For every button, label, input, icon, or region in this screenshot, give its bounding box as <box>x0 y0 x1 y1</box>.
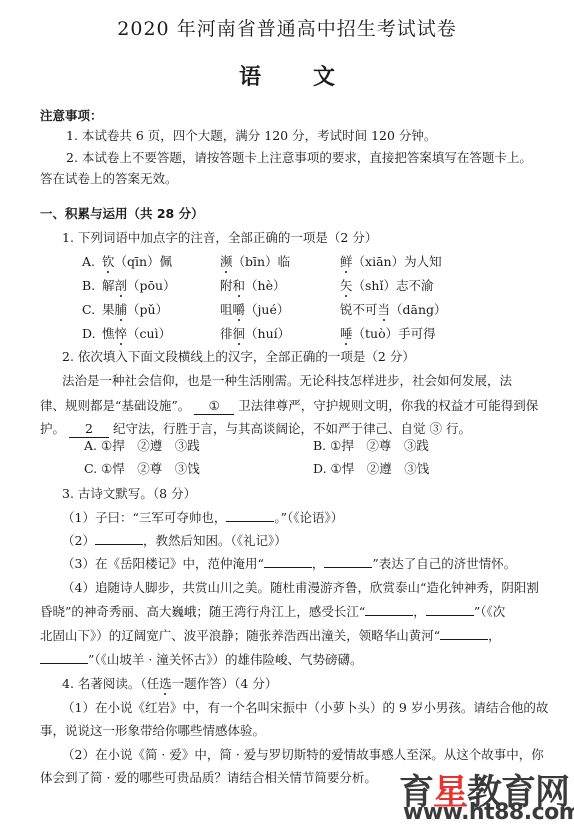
blank-3: ③ <box>429 421 442 436</box>
q2-option-b: B. ①捍 ②尊 ③践 <box>313 438 429 454</box>
q1-option-a-2: 濒（bīn）临 <box>220 254 290 270</box>
notice-item-1: 1. 本试卷共 6 页，四个大题，满分 120 分，考试时间 120 分钟。 <box>66 128 436 144</box>
q3-stem: 3. 古诗文默写。（8 分） <box>62 486 196 502</box>
blank-2: 2 <box>69 421 109 438</box>
q3-part-1: （1）子曰：“三军可夺帅也，。”（《论语》） <box>62 510 343 526</box>
q1-option-a-1: 钦（qīn）佩 <box>102 254 172 270</box>
q1-option-a-3: 鲜（xiān）为人知 <box>340 254 442 270</box>
subject-char-2: 文 <box>313 60 335 91</box>
q3-part-4-line-3: 北固山下》）的辽阔宽广、波平浪静；随张养浩西出潼关，领略华山黄河“， <box>40 628 501 644</box>
q3-part-3: （3）在《岳阳楼记》中，范仲淹用“，”表达了自己的济世情怀。 <box>62 556 516 572</box>
exam-title: 2020 年河南省普通高中招生考试试卷 <box>0 14 574 41</box>
q1-option-b-3: 矢（shǐ）志不渝 <box>340 278 433 294</box>
q4-part-2-line-2: 体会到了简 · 爱的哪些可贵品质？请结合相关情节简要分析。 <box>40 770 377 786</box>
q1-option-d-2: 徘徊（huí） <box>220 326 290 342</box>
blank-1: ① <box>194 398 234 415</box>
q2-option-c: C. ①悍 ②尊 ③饯 <box>84 461 200 477</box>
q4-part-2-line-1: （2）在小说《简 · 爱》中，简 · 爱与罗切斯特的爱情故事感人至深。从这个故事… <box>62 747 544 763</box>
q1-option-label-d: D. <box>82 326 96 342</box>
notice-item-2: 2. 本试卷上不要答题，请按答题卡上注意事项的要求，直接把答案填写在答题卡上。 <box>66 150 532 166</box>
q1-option-b-2: 附和（hè） <box>220 278 285 294</box>
notice-heading: 注意事项： <box>40 108 103 124</box>
q3-part-2: （2），教然后知困。（《礼记》） <box>62 533 287 549</box>
q2-passage-line-2: 律、规则都是“基础设施”。 ① 卫法律尊严，守护规则文明，你我的权益才可能得到保 <box>40 398 538 415</box>
section-heading: 一、积累与运用（共 28 分） <box>40 206 204 222</box>
q1-option-c-1: 果脯（pǔ） <box>102 302 168 318</box>
q2-passage-line-1: 法治是一种社会信仰，也是一种生活刚需。无论科技怎样进步，社会如何发展，法 <box>62 373 512 389</box>
q1-option-b-1: 解剖（pōu） <box>102 278 176 294</box>
q1-option-d-1: 憔悴（cuì） <box>102 326 171 342</box>
q4-part-1-line-2: 事，说说这一形象带给你哪些情感体验。 <box>40 723 265 739</box>
q1-option-c-3: 锐不可当（dāng） <box>340 302 447 318</box>
q4-part-1-line-1: （1）在小说《红岩》中，有一个名叫宋振中（小萝卜头）的 9 岁小男孩。请结合他的… <box>62 700 548 716</box>
q3-part-4-line-4: ”（《山坡羊 · 潼关怀古》）的雄伟险峻、气势磅礴。 <box>40 652 363 668</box>
q2-option-d: D. ①悍 ②遵 ③饯 <box>313 461 429 477</box>
q1-stem: 1. 下列词语中加点字的注音，全部正确的一项是（2 分） <box>62 230 377 246</box>
q1-option-d-3: 唾（tuò）手可得 <box>340 326 436 342</box>
watermark-url: www.ht88.com <box>403 800 574 825</box>
q3-part-4-line-1: （4）追随诗人脚步，共赏山川之美。随杜甫漫游齐鲁，欣赏泰山“造化钟神秀，阴阳割 <box>62 580 539 596</box>
subject-char-1: 语 <box>239 60 261 91</box>
q2-option-a: A. ①捍 ②遵 ③践 <box>84 438 200 454</box>
q3-part-4-line-2: 昏晓”的神奇秀丽、高大巍峨；随王湾行舟江上，感受长江“，”（《次 <box>40 604 505 620</box>
q1-option-c-2: 咀嚼（jué） <box>220 302 289 318</box>
q1-option-label-b: B. <box>82 278 95 294</box>
q2-passage-line-3: 护。 2 纪守法，行胜于言，与其高谈阔论，不如严于律己、自觉 ③ 行。 <box>40 421 471 438</box>
q1-option-label-a: A. <box>82 254 95 270</box>
q1-option-label-c: C. <box>82 302 95 318</box>
notice-item-2-cont: 答在试卷上的答案无效。 <box>40 171 178 187</box>
subject-title: 语文 <box>0 60 574 91</box>
q2-stem: 2. 依次填入下面文段横线上的汉字，全部正确的一项是（2 分） <box>62 349 415 365</box>
q4-stem: 4. 名著阅读。（任选一题作答）（4 分） <box>62 676 277 692</box>
